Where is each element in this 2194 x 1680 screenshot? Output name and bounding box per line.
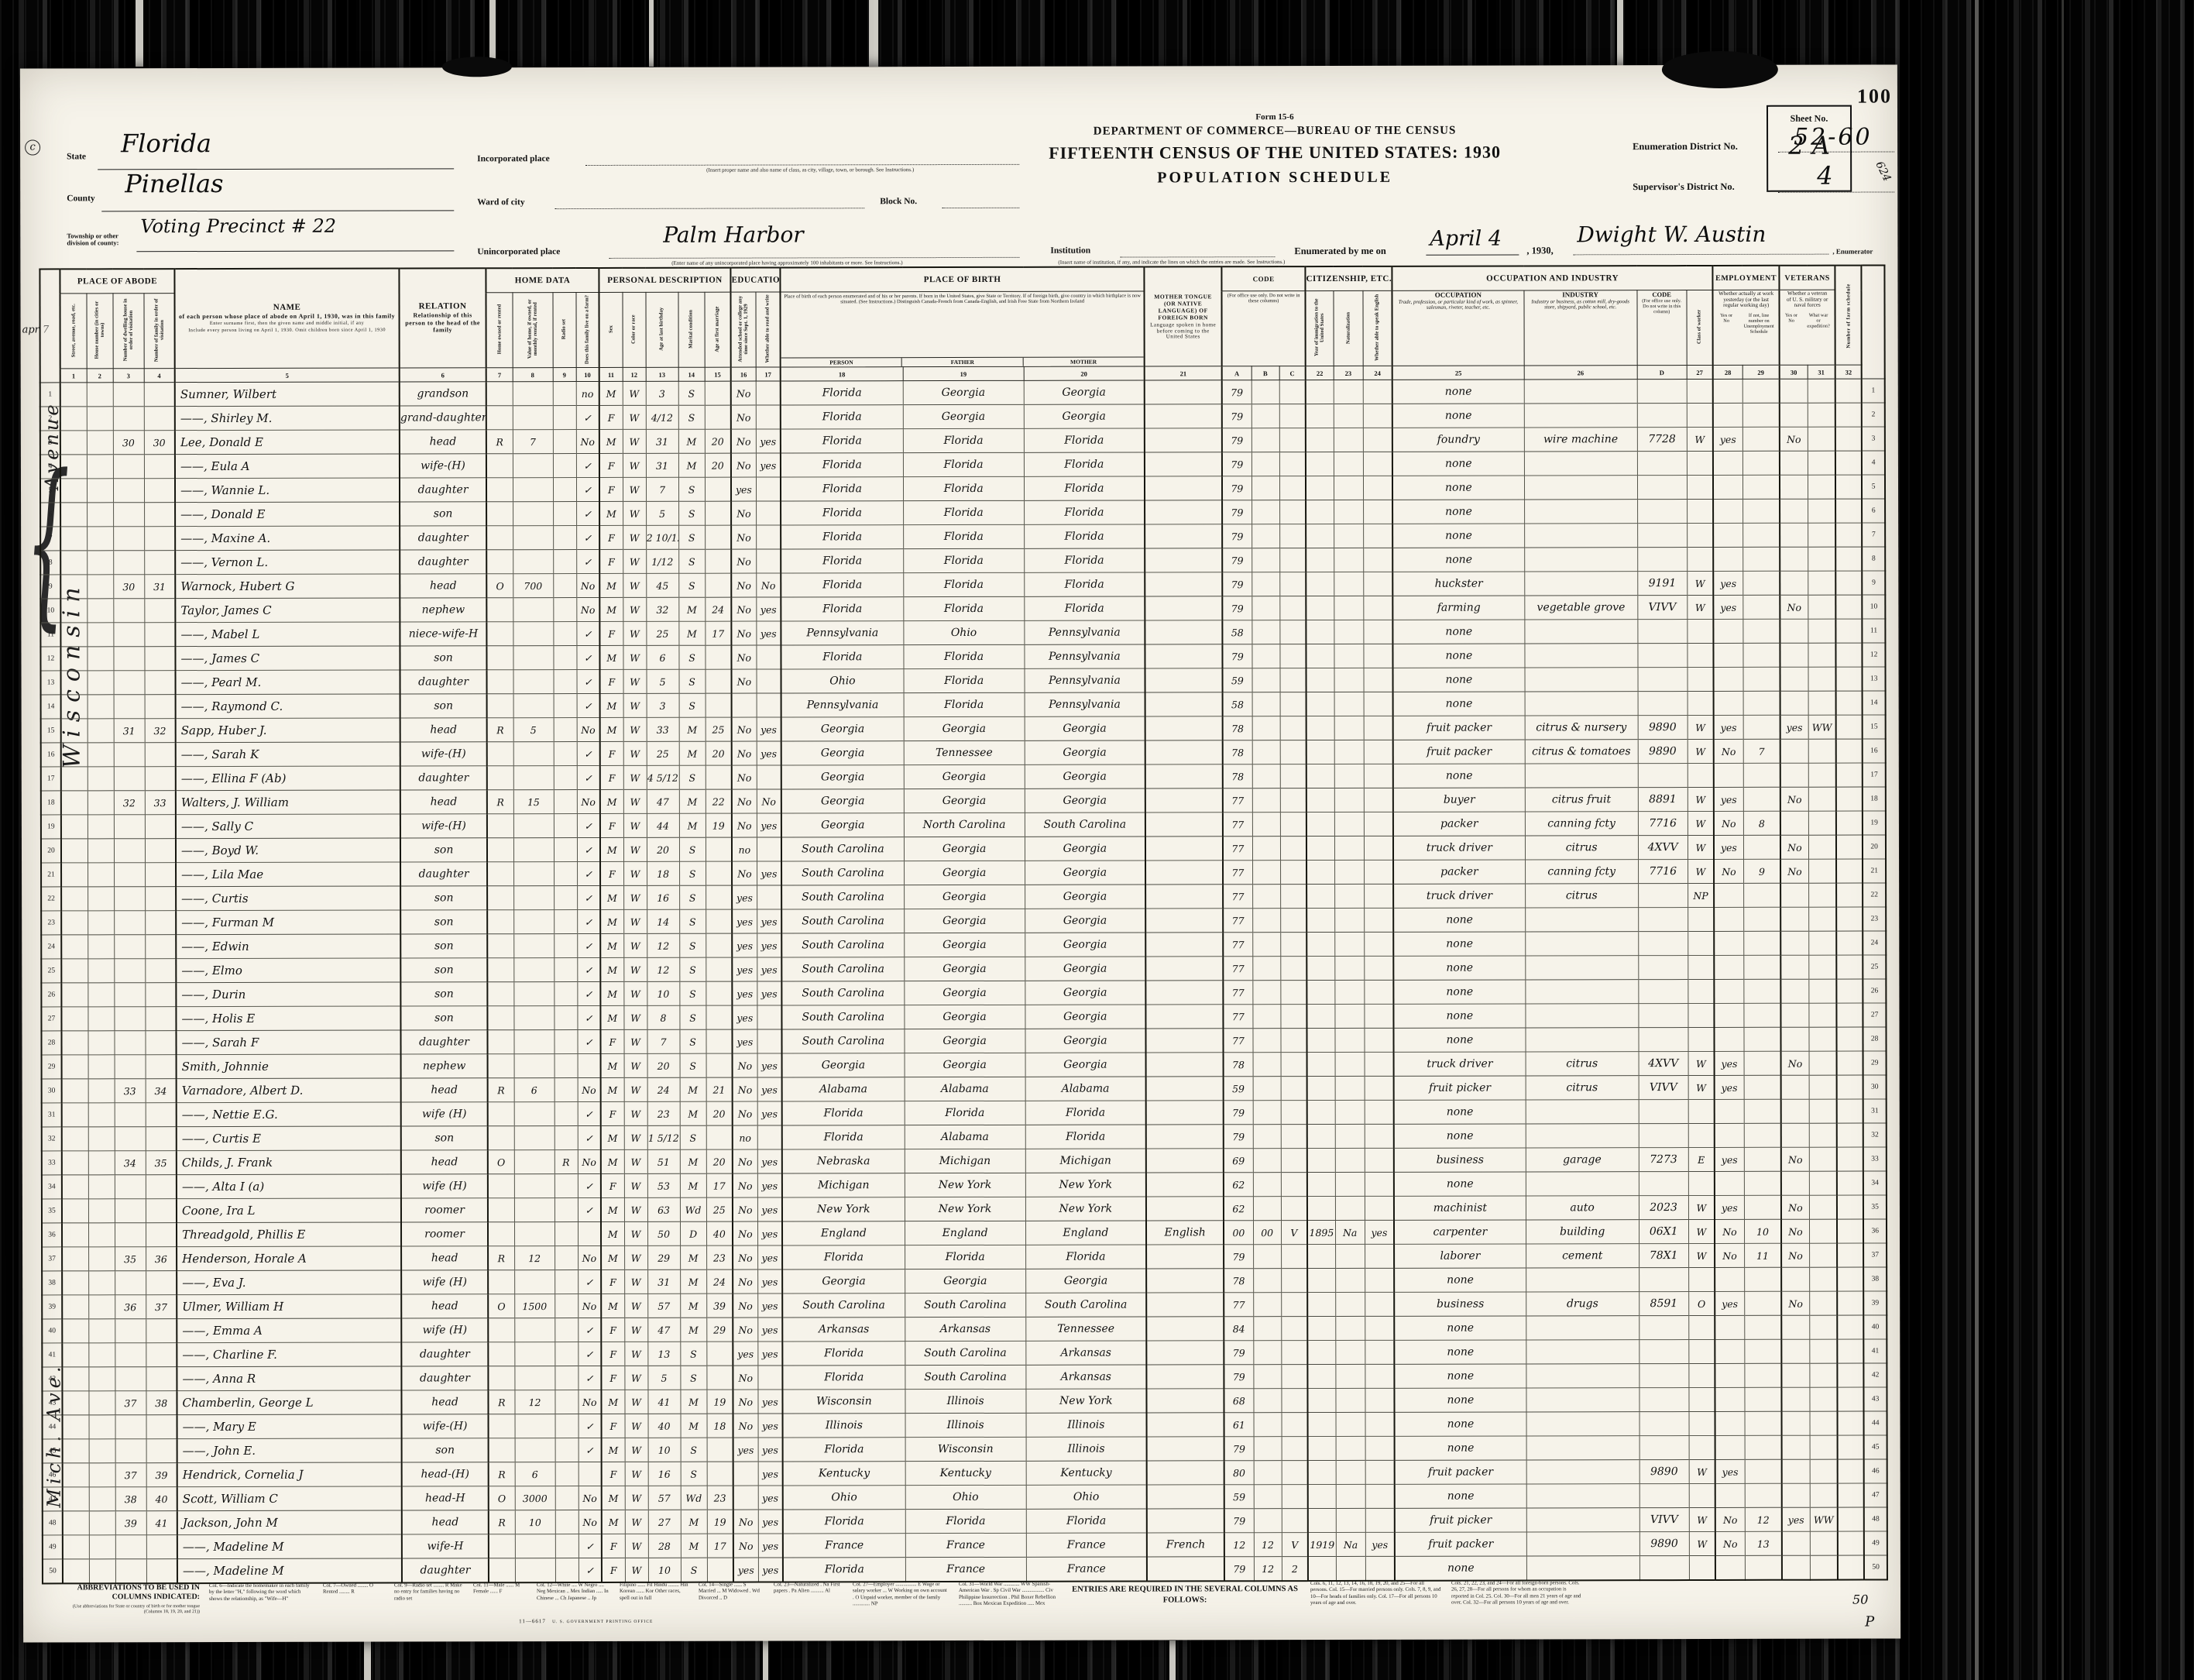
cell-v30: No — [1780, 595, 1808, 619]
cell-own — [487, 670, 513, 694]
cell-cB — [1253, 1269, 1281, 1293]
cell-sex: M — [600, 717, 623, 741]
cell-cls: W — [1687, 427, 1713, 451]
cell-fs — [1837, 1219, 1863, 1243]
cell-sch: No — [732, 861, 757, 885]
cell-street — [60, 407, 87, 431]
schedule-row: 44——, Mary Ewife-(H)✓FW40M18NoyesIllinoi… — [43, 1411, 1887, 1439]
cell-pob: South Carolina — [781, 981, 904, 1005]
cell-cB — [1252, 452, 1279, 476]
cell-eng — [1363, 452, 1392, 476]
cell-cls — [1687, 475, 1713, 499]
cell-race: W — [624, 1101, 647, 1125]
schedule-rows: 1Sumner, WilbertgrandsonnoMW3SNoFloridaG… — [40, 379, 1887, 1583]
cell-cls — [1687, 451, 1713, 475]
cell-sex: F — [601, 1366, 624, 1390]
cell-own — [487, 814, 513, 838]
cell-sch: No — [733, 1366, 757, 1390]
cell-cA: 79 — [1222, 452, 1252, 476]
cell-house — [88, 839, 114, 863]
cell-rw — [757, 669, 781, 693]
cell-ocode: 8891 — [1638, 788, 1688, 812]
cell-cA: 58 — [1222, 620, 1252, 644]
cell-pob: South Carolina — [782, 1029, 905, 1053]
cell-sex: M — [601, 1149, 624, 1173]
race-label: Color or race — [631, 294, 637, 364]
schedule-row: 23——, Furman Mson✓MW14SyesyesSouth Carol… — [41, 907, 1886, 935]
cell-nat — [1334, 524, 1363, 548]
cell-sex: F — [600, 741, 623, 765]
schedule-row: 2——, Shirley M.grand-daughter✓FW4/12SNoF… — [40, 403, 1885, 431]
cell-name: ——, Charline F. — [177, 1342, 401, 1367]
cell-pobf: France — [905, 1557, 1026, 1582]
cell-pobm: Georgia — [1025, 981, 1145, 1005]
cell-age: 57 — [648, 1486, 681, 1510]
cell-street — [61, 1031, 88, 1055]
cell-fs — [1837, 1195, 1863, 1219]
cell-cB — [1254, 1389, 1282, 1413]
school-label: Attended school or college any time sinc… — [738, 294, 750, 364]
cell-ocode — [1639, 1436, 1689, 1460]
cell-street — [60, 623, 87, 647]
cell-agem — [706, 1005, 732, 1029]
cell-pobm: Georgia — [1024, 380, 1145, 404]
cell-ln: 41 — [42, 1343, 62, 1367]
cell-val — [513, 838, 554, 862]
cell-ocode — [1639, 1268, 1688, 1292]
cell-cC: V — [1282, 1533, 1308, 1557]
cell-eng — [1365, 1316, 1394, 1340]
cell-sex: M — [601, 1053, 624, 1077]
cell-mar: S — [679, 693, 706, 717]
cell-cC — [1279, 452, 1306, 476]
pob-mother-label: MOTHER — [1023, 358, 1143, 366]
cell-ocode: 9890 — [1638, 716, 1688, 740]
cell-fs — [1838, 1555, 1864, 1580]
cell-cC — [1280, 909, 1306, 933]
cell-street — [62, 1391, 88, 1415]
cell-agem: 23 — [706, 1245, 733, 1269]
cell-tongue — [1145, 572, 1222, 596]
cell-w28 — [1714, 955, 1743, 979]
cell-age: 3 — [647, 693, 679, 717]
cell-cA: 79 — [1222, 596, 1252, 620]
cell-pobf: Georgia — [905, 1005, 1025, 1029]
cell-fam: 31 — [144, 575, 175, 599]
cell-cA: 79 — [1222, 404, 1252, 428]
cell-val — [514, 1270, 555, 1294]
cell-occ: none — [1394, 1340, 1526, 1364]
cell-cA: 79 — [1222, 428, 1252, 452]
cell-ind: vegetable grove — [1524, 596, 1637, 620]
cell-cA: 79 — [1222, 572, 1252, 596]
schedule-row: 10Taylor, James CnephewNoMW32M24NoyesFlo… — [40, 595, 1885, 623]
cell-eng — [1365, 1052, 1394, 1076]
cell-rw — [756, 405, 781, 429]
cell-name: ——, Emma A — [177, 1318, 401, 1343]
cell-val — [513, 958, 554, 982]
cell-occ: none — [1394, 1316, 1526, 1340]
cell-fam — [145, 743, 176, 767]
cell-own: R — [486, 430, 513, 454]
cell-sch: yes — [732, 957, 757, 981]
cell-v30 — [1780, 547, 1808, 571]
cell-rln: 44 — [1864, 1411, 1887, 1435]
cell-own — [487, 694, 513, 718]
cell-dw — [114, 983, 145, 1007]
schedule-row: 35Coone, Ira Lroomer✓MW63Wd25NoyesNew Yo… — [42, 1195, 1887, 1223]
cell-imm — [1306, 572, 1334, 596]
cell-ind — [1526, 1004, 1639, 1028]
cell-cA: 68 — [1224, 1389, 1254, 1413]
cell-own — [486, 598, 513, 622]
code-note: (For office use only. Do not write in th… — [1223, 291, 1305, 306]
cell-fam — [146, 1223, 177, 1247]
cell-house — [88, 1031, 114, 1055]
cell-ocode: VIVV — [1639, 1508, 1689, 1532]
cell-fam — [145, 983, 176, 1007]
cell-ocode — [1637, 380, 1687, 404]
cell-cA: 80 — [1224, 1461, 1254, 1485]
cell-ind: cement — [1526, 1244, 1639, 1268]
cell-tongue — [1145, 596, 1222, 620]
cell-eng — [1364, 716, 1393, 740]
cell-cC — [1281, 1197, 1307, 1221]
cell-ln: 48 — [43, 1511, 63, 1535]
cell-rln: 10 — [1862, 595, 1885, 619]
cell-sch: No — [733, 1197, 757, 1221]
cell-rln: 13 — [1863, 667, 1886, 691]
cell-name: Chamberlin, George L — [177, 1390, 401, 1415]
cell-street — [60, 503, 87, 527]
cell-war — [1810, 1459, 1838, 1483]
cell-ind — [1526, 1484, 1639, 1508]
cell-cC — [1282, 1365, 1308, 1389]
cell-val — [513, 742, 554, 766]
cell-radio — [555, 1438, 579, 1462]
cell-farm: No — [579, 1486, 602, 1510]
cell-fam — [146, 1415, 177, 1439]
cell-name: ——, Ellina F (Ab) — [176, 766, 400, 791]
cell-name: ——, Wannie L. — [175, 478, 400, 503]
cell-own — [489, 1534, 515, 1558]
cell-occ: fruit picker — [1394, 1076, 1526, 1100]
cell-agem: 21 — [706, 1077, 733, 1101]
cell-ocode: VIVV — [1637, 596, 1687, 620]
cell-rw — [757, 1005, 782, 1029]
cell-sch: No — [731, 429, 756, 453]
cell-sch: No — [733, 1318, 757, 1342]
cell-cA: 58 — [1223, 692, 1252, 716]
cell-street — [63, 1559, 89, 1584]
cell-eng — [1363, 548, 1392, 572]
cell-fs — [1838, 1411, 1864, 1435]
col-veterans-desc: Whether a veteran of U. S. military or n… — [1780, 290, 1835, 365]
cell-radio — [554, 958, 577, 982]
cell-rw: yes — [757, 1053, 782, 1077]
schedule-row: 50——, Madeline Mdaughter✓FW10SyesyesFlor… — [43, 1555, 1887, 1583]
abbrev-col-31: Col. 31—World War ............ WW Spanis… — [959, 1582, 1059, 1608]
cell-radio — [554, 742, 577, 766]
cell-war — [1809, 1171, 1837, 1195]
cell-rln: 33 — [1863, 1147, 1887, 1171]
cell-nat — [1336, 1460, 1365, 1484]
cell-pob: South Carolina — [782, 1293, 905, 1318]
cell-pob: South Carolina — [781, 837, 904, 861]
department-line: DEPARTMENT OF COMMERCE—BUREAU OF THE CEN… — [895, 124, 1654, 139]
cell-sch — [732, 693, 757, 717]
cell-farm: ✓ — [576, 453, 599, 477]
cell-race: W — [625, 1486, 648, 1510]
cell-u29 — [1744, 1027, 1781, 1051]
cell-tongue: French — [1147, 1533, 1224, 1557]
cell-age: 31 — [646, 429, 678, 453]
cell-imm — [1306, 500, 1334, 524]
cell-cA: 79 — [1224, 1509, 1254, 1533]
cell-street — [60, 599, 87, 623]
cell-agem — [706, 909, 732, 933]
cell-name: ——, Boyd W. — [176, 838, 400, 863]
cell-agem — [705, 645, 731, 669]
cell-v30 — [1782, 1387, 1810, 1411]
cell-ocode — [1637, 524, 1687, 548]
cell-dw — [115, 1055, 146, 1079]
cell-sex: F — [602, 1414, 625, 1438]
cell-pobm: Pennsylvania — [1025, 692, 1145, 716]
cell-cls — [1687, 523, 1713, 547]
cell-rw: yes — [758, 1438, 783, 1462]
cell-farm: ✓ — [576, 405, 599, 429]
county-line — [101, 210, 454, 211]
cell-imm — [1308, 1364, 1336, 1388]
cell-rln: 8 — [1862, 547, 1885, 571]
sheet-number-box: Sheet No. 2 A — [1767, 105, 1852, 192]
cell-val — [514, 1342, 555, 1366]
cell-age: 16 — [647, 885, 679, 909]
cell-nat — [1336, 1388, 1365, 1412]
print-code: 11—6617 U. S. GOVERNMENT PRINTING OFFICE — [519, 1618, 653, 1624]
cell-rln: 18 — [1863, 787, 1886, 811]
cell-mar: Wd — [680, 1197, 706, 1221]
cell-occ: truck driver — [1393, 836, 1525, 860]
cell-cC — [1280, 740, 1306, 764]
cell-fam — [145, 815, 176, 839]
cell-pobf: Florida — [903, 596, 1024, 620]
cell-pobm: Illinois — [1026, 1437, 1147, 1461]
cell-mar: M — [680, 1318, 706, 1342]
cell-w28: No — [1715, 1507, 1745, 1531]
cell-ln: 20 — [41, 839, 61, 863]
group-relation: RELATION Relationship of this person to … — [399, 268, 486, 368]
cell-occ: none — [1394, 1268, 1526, 1292]
cell-pob: Alabama — [782, 1077, 905, 1101]
cell-imm — [1307, 1100, 1335, 1124]
cell-imm — [1307, 1316, 1335, 1340]
cell-cA: 69 — [1224, 1149, 1253, 1173]
cell-occ: business — [1394, 1292, 1526, 1316]
cell-sex: F — [599, 477, 623, 501]
col-farm-schedule: Number of farm schedule — [1835, 266, 1862, 366]
cell-cC — [1280, 837, 1306, 861]
cell-rw: yes — [758, 1510, 783, 1534]
cell-fs — [1838, 1363, 1864, 1387]
cell-agem — [705, 381, 731, 405]
cell-tongue — [1146, 1149, 1224, 1173]
cell-radio — [553, 454, 576, 478]
col-family-number: Number of family in order of visitation — [143, 294, 174, 369]
block-line — [942, 208, 1019, 208]
cell-house — [87, 647, 113, 671]
cell-ocode — [1639, 1388, 1689, 1412]
cell-cB — [1252, 909, 1280, 933]
cell-pob: Georgia — [781, 741, 904, 765]
cell-house — [88, 1199, 115, 1223]
cell-tongue — [1145, 788, 1223, 813]
cell-pobm: New York — [1025, 1173, 1146, 1197]
cell-cC — [1279, 524, 1306, 548]
cell-rel: head — [402, 1510, 489, 1534]
cell-v30 — [1780, 667, 1808, 691]
name-note2: Include every person living on April 1, … — [176, 328, 399, 335]
cell-w28 — [1715, 1315, 1744, 1339]
cell-mar: S — [679, 861, 706, 885]
cell-street — [63, 1535, 89, 1559]
dwelling-number-label: Number of dwelling house in order of vis… — [122, 295, 134, 365]
abbrev-col-11: Col. 11—Male ...... M Female ...... F — [473, 1582, 527, 1596]
family-number-label: Number of family in order of visitation — [153, 295, 165, 365]
cell-cls: W — [1688, 787, 1714, 811]
cell-race: W — [623, 405, 646, 429]
cell-fs — [1837, 1147, 1863, 1171]
cell-val — [513, 478, 553, 502]
cell-occ: none — [1393, 932, 1525, 956]
cell-w28 — [1714, 907, 1743, 931]
cell-cC — [1281, 1341, 1307, 1365]
cell-cA: 79 — [1224, 1365, 1254, 1389]
cell-pobf: Georgia — [904, 885, 1025, 909]
cell-pobf: Georgia — [904, 764, 1025, 788]
cell-agem: 19 — [706, 1390, 733, 1414]
cell-agem: 20 — [705, 453, 731, 477]
cell-nat — [1334, 764, 1364, 788]
film-slot — [1169, 1640, 1176, 1680]
cell-eng — [1365, 1076, 1394, 1100]
cell-fam — [145, 1007, 176, 1031]
cell-ind: auto — [1526, 1196, 1639, 1220]
cell-cB — [1253, 1077, 1281, 1101]
cell-w28: yes — [1714, 835, 1743, 859]
cell-pobf: Florida — [903, 500, 1024, 524]
cell-cls: W — [1688, 1243, 1715, 1267]
cell-v30 — [1780, 403, 1808, 427]
cell-tongue — [1145, 548, 1222, 572]
cell-farm: ✓ — [579, 1534, 602, 1558]
cell-cA: 79 — [1222, 380, 1252, 404]
cell-rln: 43 — [1864, 1387, 1887, 1411]
cell-race: W — [623, 477, 646, 501]
cell-val — [514, 1198, 555, 1222]
cell-val — [514, 1150, 555, 1174]
cell-rw — [757, 885, 781, 909]
cell-fs — [1837, 1075, 1863, 1099]
cell-rw: yes — [757, 957, 781, 981]
column-number: 14 — [678, 367, 705, 381]
cell-age: 6 — [646, 645, 678, 669]
cell-cC — [1281, 1005, 1307, 1029]
cell-fs — [1835, 547, 1862, 571]
microfilm-frame: Form 15-6 DEPARTMENT OF COMMERCE—BUREAU … — [0, 0, 2194, 1680]
cell-cB: 12 — [1254, 1533, 1282, 1557]
cell-eng — [1363, 524, 1392, 548]
cell-occ: none — [1393, 764, 1525, 788]
cell-ocode: 8591 — [1639, 1292, 1688, 1316]
cell-own — [488, 1054, 514, 1078]
cell-rel: wife (H) — [401, 1102, 488, 1126]
cell-cC — [1279, 428, 1306, 452]
cell-farm: ✓ — [577, 933, 600, 957]
cell-nat — [1334, 404, 1363, 428]
cell-tongue — [1147, 1389, 1224, 1413]
schedule-row: 40——, Emma Awife (H)✓FW47M29NoyesArkansa… — [42, 1315, 1887, 1343]
cell-war — [1808, 547, 1835, 571]
cell-val — [515, 1414, 555, 1438]
cell-nat — [1334, 476, 1363, 500]
cell-sex: M — [601, 1077, 624, 1101]
cell-dw — [115, 1175, 146, 1199]
column-number: 16 — [731, 367, 756, 381]
cell-pobf: Alabama — [905, 1077, 1025, 1101]
cell-nat: Na — [1336, 1532, 1365, 1556]
cell-cC — [1280, 813, 1306, 837]
cell-fam — [145, 767, 176, 791]
cell-w28 — [1714, 979, 1743, 1003]
cell-own — [486, 406, 513, 430]
cell-imm — [1306, 980, 1334, 1004]
cell-tongue — [1146, 1053, 1224, 1077]
cell-pob: Florida — [781, 381, 903, 405]
col-pob-desc: Place of birth of each person enumerated… — [781, 291, 1145, 367]
film-slot — [1975, 0, 1979, 1680]
cell-street — [62, 1271, 88, 1295]
cell-ind — [1526, 1388, 1639, 1412]
cell-w28 — [1713, 451, 1742, 475]
cell-race: W — [623, 501, 646, 525]
cell-cls — [1688, 1027, 1715, 1051]
cell-house — [88, 1343, 115, 1367]
cell-val: 12 — [514, 1246, 555, 1270]
cell-dw — [115, 1271, 146, 1295]
cell-rel: head — [401, 1150, 488, 1174]
cell-cA: 78 — [1223, 740, 1252, 764]
group-place-of-birth: PLACE OF BIRTH — [781, 267, 1145, 292]
cell-house — [88, 1127, 115, 1151]
cell-u29 — [1742, 427, 1780, 451]
cell-ln: 49 — [43, 1535, 63, 1559]
column-number: B — [1252, 366, 1279, 380]
cell-eng — [1365, 1292, 1394, 1316]
cell-war — [1809, 1003, 1837, 1027]
naturalization-label: Naturalization — [1345, 293, 1351, 362]
cell-val — [514, 1174, 555, 1198]
cell-w28 — [1715, 1267, 1744, 1291]
cell-street — [61, 983, 88, 1007]
schedule-row: 22——, Curtisson✓MW16SyesSouth CarolinaGe… — [41, 883, 1886, 911]
cell-sex: M — [601, 1390, 624, 1414]
cell-age: 16 — [648, 1462, 681, 1486]
cell-cls — [1687, 403, 1713, 427]
cell-pobf: South Carolina — [905, 1341, 1025, 1365]
cell-rw: yes — [757, 813, 781, 837]
